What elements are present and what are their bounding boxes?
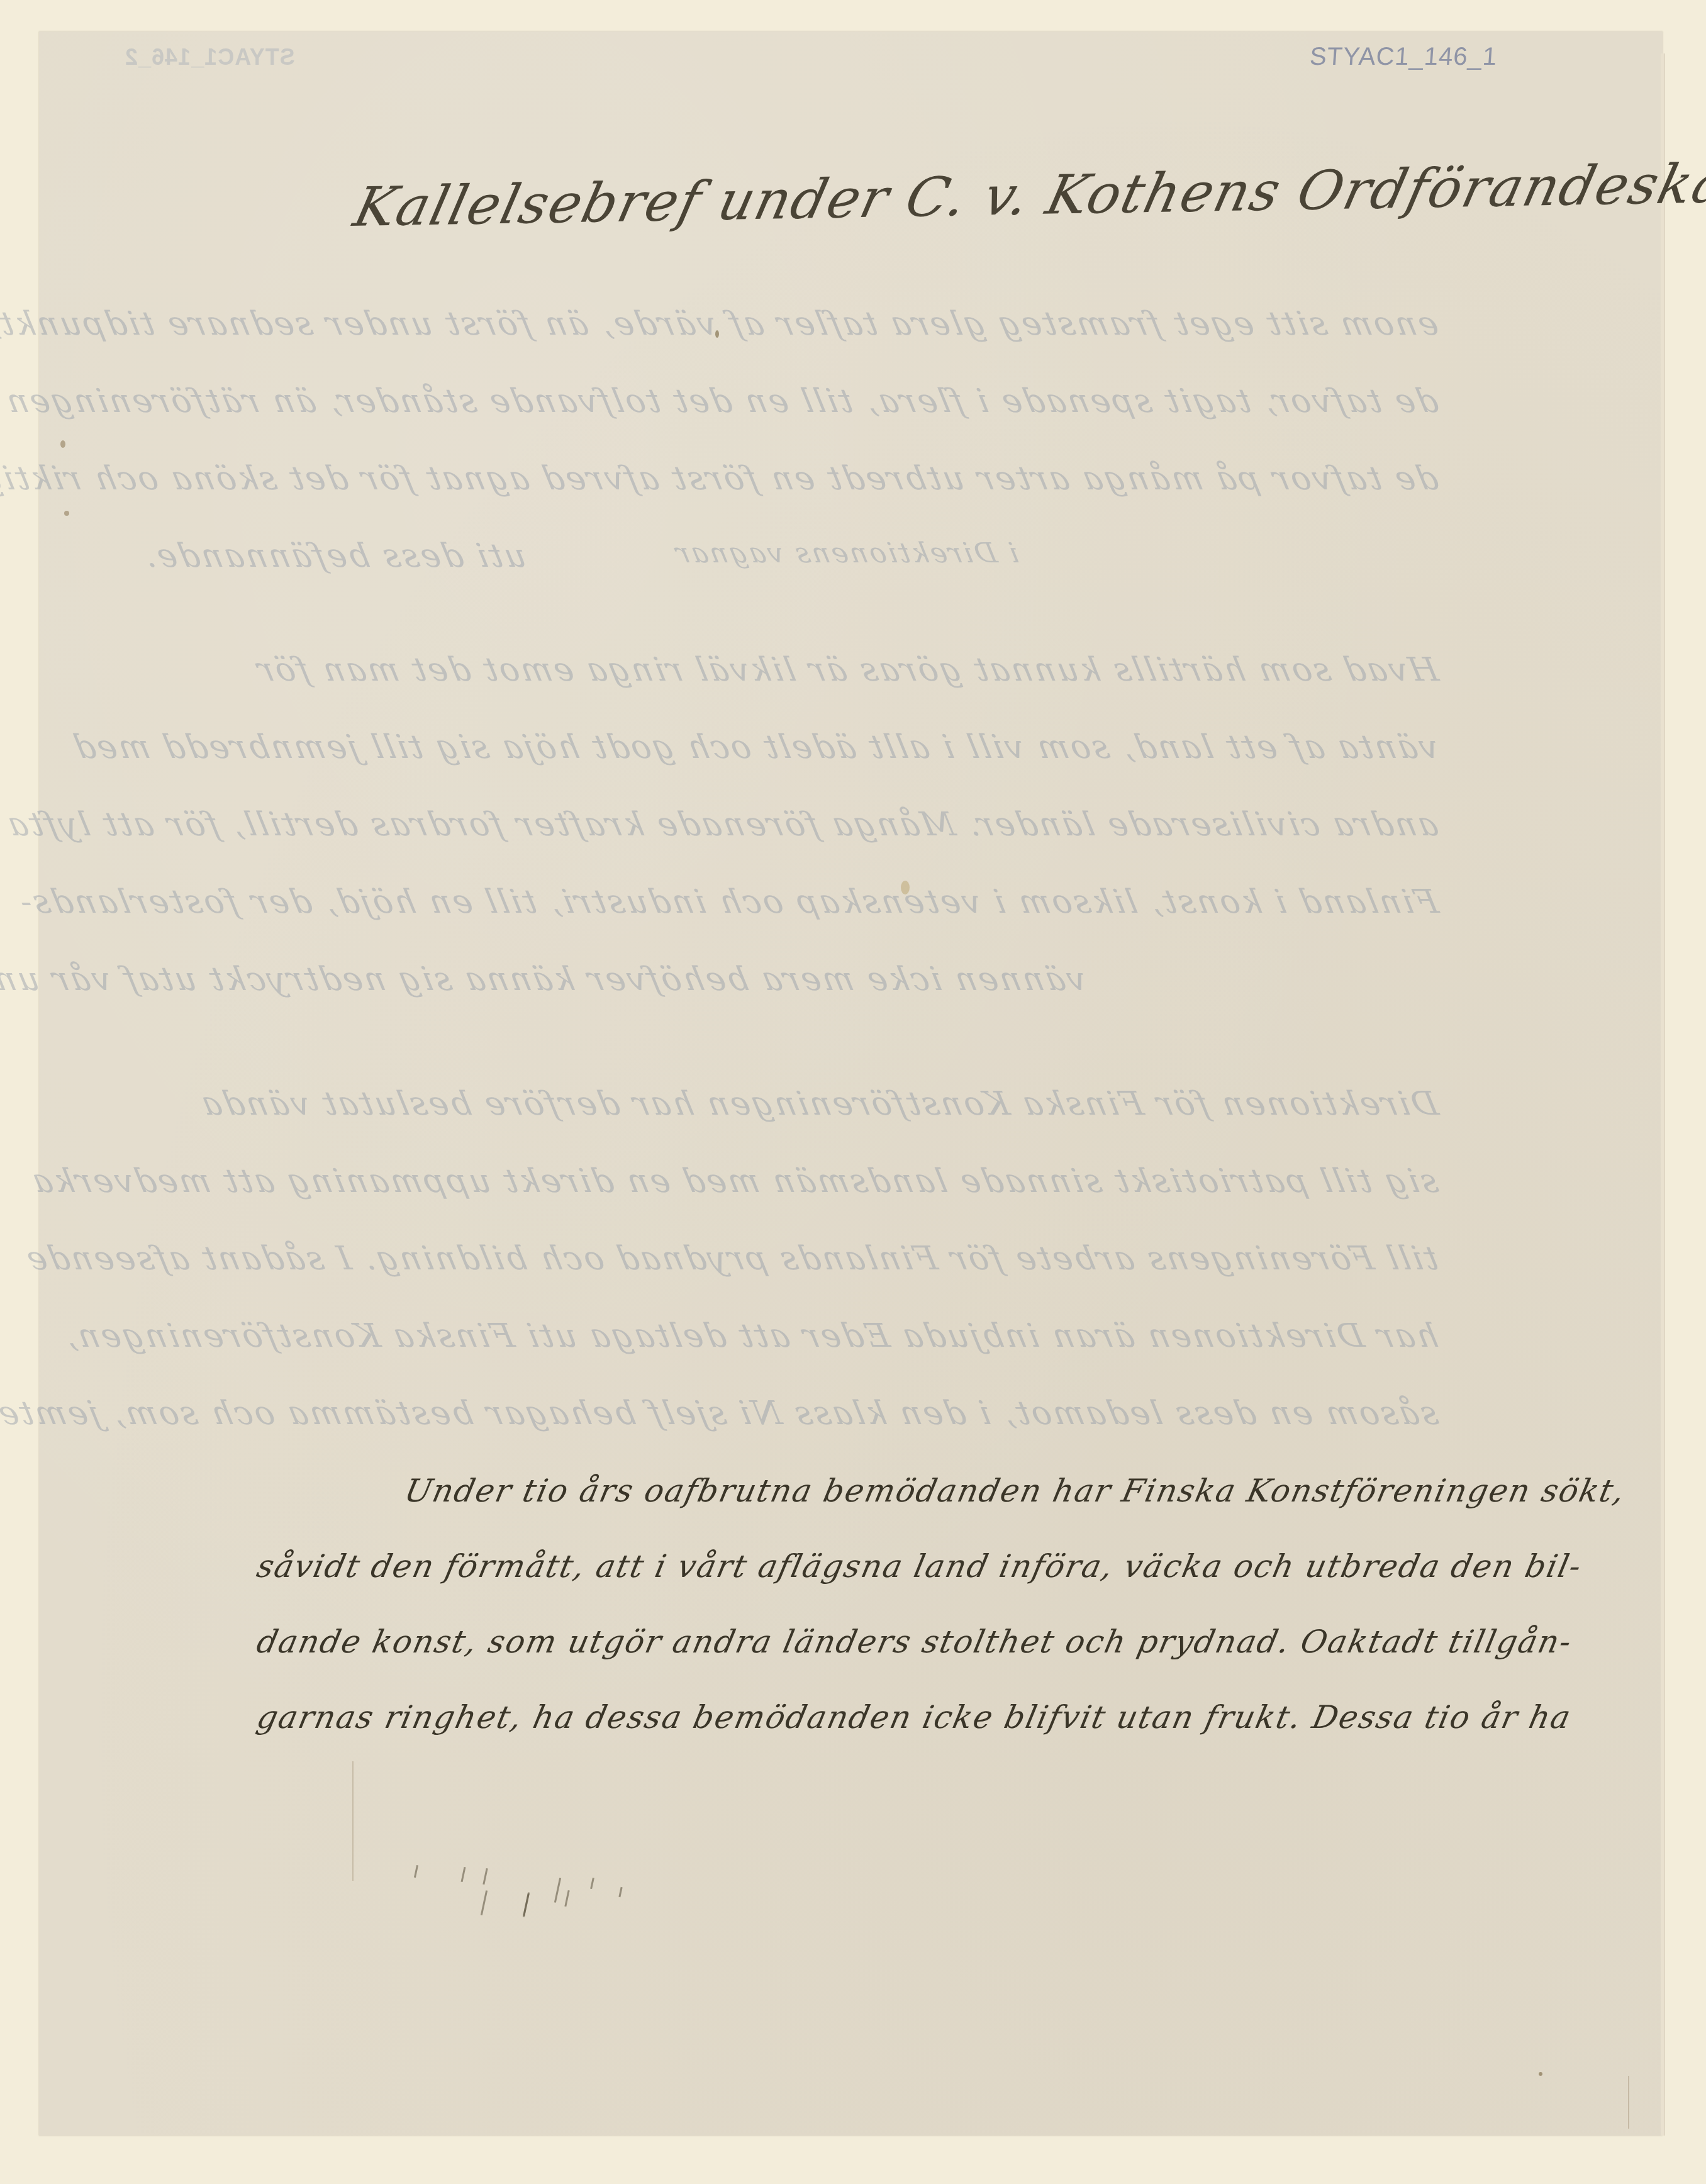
bleed-line: Hvad som härtills kunnat göras är likväl… [243,645,1449,722]
printed-paragraph: Under tio års oafbrutna bemödanden har F… [255,1466,1437,1768]
bleed-line: de tafvor på många arter utbredt en förs… [243,454,1449,531]
bleed-line: de tafvor, tagit spenade i flera, till e… [243,376,1449,454]
ink-spot [64,511,69,516]
printed-line: garnas ringhet, ha dessa bemödanden icke… [247,1692,1446,1768]
stain-spot [901,881,910,894]
bleed-line: har Direktionen äran inbjuda Eder att de… [243,1311,1449,1388]
bleed-line: vännen icke mera behöfver känna sig nedt… [243,954,1449,1032]
bleed-line: Finland i konst, liksom i vetenskap och … [243,877,1449,954]
paper-crease [1628,2076,1629,2129]
ink-spot [1539,2072,1542,2076]
archive-label: STYAC1_146_1 [1308,43,1498,71]
bleed-line: såsom en dess ledamot, i den klass Ni sj… [243,1388,1449,1466]
ink-spot [60,440,65,448]
paper-crease [352,1761,354,1881]
page-edge [1661,53,1665,2136]
bleed-line: sig till patriotiskt sinnade landsmän me… [243,1156,1449,1234]
bleed-through-paragraph-2: Hvad som härtills kunnat göras är likväl… [252,645,1441,1032]
bleed-line: Direktionen för Finska Konstföreningen h… [243,1079,1449,1156]
bleed-line: enom sitt eget framsteg glera tafler af … [243,299,1449,376]
bleed-line: till Föreningens arbete för Finlands pry… [243,1234,1449,1311]
bleed-caption: i Direktionens vagnar [652,528,1046,606]
bleed-through-caption: i Direktionens vagnar [661,528,1038,606]
bleed-through-paragraph-3: Direktionen för Finska Konstföreningen h… [252,1079,1441,1466]
archive-label-bleed-through: STYAC1_146_2 [125,44,295,70]
bleed-line: andra civiliserade länder. Många förenad… [243,799,1449,877]
printed-line: såvidt den förmått, att i vårt aflägsna … [247,1541,1446,1617]
bleed-line: vänta af ett land, som vill i allt ädelt… [243,722,1449,799]
ink-spot [715,330,719,338]
printed-line: Under tio års oafbrutna bemödanden har F… [247,1466,1446,1541]
printed-line: dande konst, som utgör andra länders sto… [247,1617,1446,1692]
